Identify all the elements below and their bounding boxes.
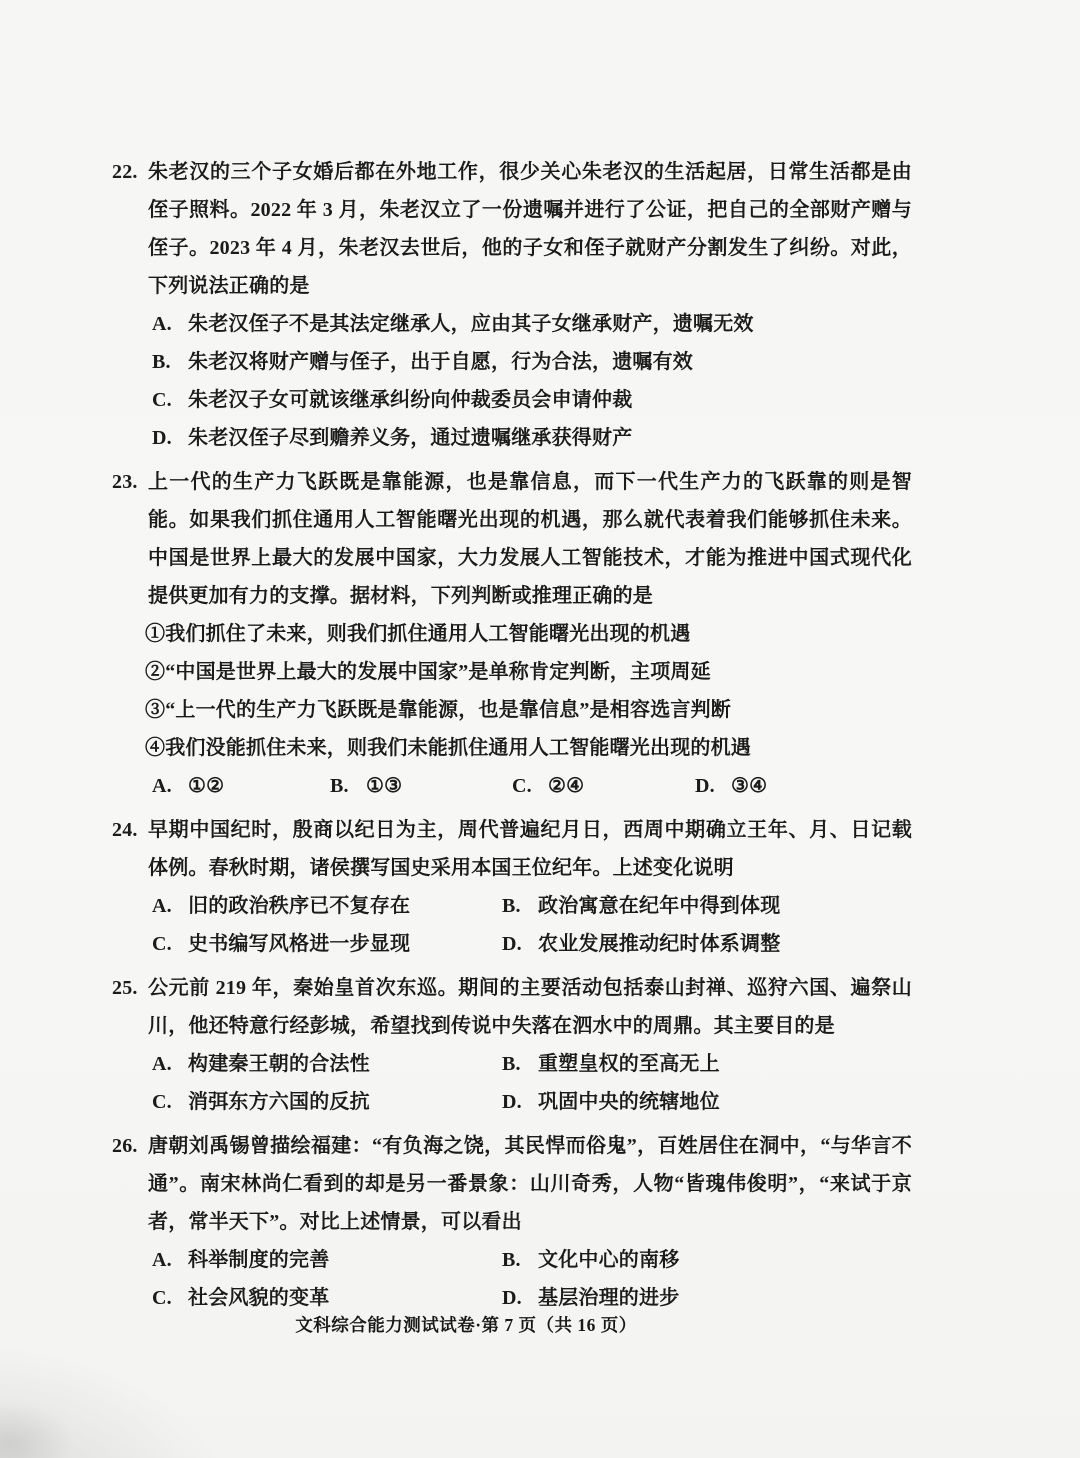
option-text: 朱老汉侄子尽到赡养义务，通过遗嘱继承获得财产 — [188, 419, 912, 457]
question-stem: 公元前 219 年，秦始皇首次东巡。期间的主要活动包括泰山封禅、巡狩六国、遍祭山… — [148, 969, 912, 1045]
option-text: ②④ — [548, 767, 695, 805]
statement-item-2: ②“中国是世界上最大的发展中国家”是单称肯定判断，主项周延 — [145, 653, 912, 691]
question-number: 22. — [112, 153, 148, 191]
option-23-c: C. ②④ — [512, 767, 695, 805]
option-25-c: C. 消弭东方六国的反抗 — [152, 1083, 502, 1121]
option-25-a: A. 构建秦王朝的合法性 — [152, 1045, 502, 1083]
question-23-options: A. ①② B. ①③ C. ②④ D. ③④ — [152, 767, 912, 805]
option-text: ③④ — [731, 767, 912, 805]
question-22-head: 22. 朱老汉的三个子女婚后都在外地工作，很少关心朱老汉的生活起居，日常生活都是… — [112, 153, 912, 305]
option-23-a: A. ①② — [152, 767, 330, 805]
page-footer: 文科综合能力测试试卷·第 7 页（共 16 页） — [295, 1312, 637, 1338]
option-24-a: A. 旧的政治秩序已不复存在 — [152, 887, 502, 925]
question-25-options: A. 构建秦王朝的合法性 B. 重塑皇权的至高无上 C. 消弭东方六国的反抗 D… — [152, 1045, 912, 1121]
question-24-head: 24. 早期中国纪时，殷商以纪日为主，周代普遍纪月日，西周中期确立王年、月、日记… — [112, 811, 912, 887]
option-text: ①③ — [366, 767, 512, 805]
option-25-b: B. 重塑皇权的至高无上 — [502, 1045, 912, 1083]
question-25-head: 25. 公元前 219 年，秦始皇首次东巡。期间的主要活动包括泰山封禅、巡狩六国… — [112, 969, 912, 1045]
question-26: 26. 唐朝刘禹锡曾描绘福建：“有负海之饶，其民悍而俗鬼”，百姓居住在洞中，“与… — [112, 1127, 912, 1317]
option-label: C. — [152, 1083, 188, 1121]
option-label: C. — [152, 925, 188, 963]
option-23-d: D. ③④ — [695, 767, 912, 805]
option-22-a: A. 朱老汉侄子不是其法定继承人，应由其子女继承财产，遗嘱无效 — [152, 305, 912, 343]
option-label: D. — [502, 1083, 538, 1121]
question-26-head: 26. 唐朝刘禹锡曾描绘福建：“有负海之饶，其民悍而俗鬼”，百姓居住在洞中，“与… — [112, 1127, 912, 1241]
option-text: 政治寓意在纪年中得到体现 — [538, 887, 912, 925]
option-text: 构建秦王朝的合法性 — [188, 1045, 502, 1083]
option-label: A. — [152, 1241, 188, 1279]
statement-item-3: ③“上一代的生产力飞跃既是靠能源，也是靠信息”是相容选言判断 — [145, 691, 912, 729]
question-22-options: A. 朱老汉侄子不是其法定继承人，应由其子女继承财产，遗嘱无效 B. 朱老汉将财… — [152, 305, 912, 457]
statement-item-4: ④我们没能抓住未来，则我们未能抓住通用人工智能曙光出现的机遇 — [145, 729, 912, 767]
option-text: 重塑皇权的至高无上 — [538, 1045, 912, 1083]
option-label: B. — [152, 343, 188, 381]
option-text: 朱老汉侄子不是其法定继承人，应由其子女继承财产，遗嘱无效 — [188, 305, 912, 343]
option-23-b: B. ①③ — [330, 767, 512, 805]
option-label: A. — [152, 305, 188, 343]
option-label: B. — [502, 1241, 538, 1279]
option-24-d: D. 农业发展推动纪时体系调整 — [502, 925, 912, 963]
option-text: 农业发展推动纪时体系调整 — [538, 925, 912, 963]
question-stem: 上一代的生产力飞跃既是靠能源，也是靠信息，而下一代生产力的飞跃靠的则是智能。如果… — [148, 463, 912, 615]
option-label: C. — [152, 1279, 188, 1317]
option-label: B. — [502, 1045, 538, 1083]
question-22: 22. 朱老汉的三个子女婚后都在外地工作，很少关心朱老汉的生活起居，日常生活都是… — [112, 153, 912, 457]
option-label: A. — [152, 887, 188, 925]
question-number: 23. — [112, 463, 148, 501]
question-number: 26. — [112, 1127, 148, 1165]
option-24-c: C. 史书编写风格进一步显现 — [152, 925, 502, 963]
question-stem: 早期中国纪时，殷商以纪日为主，周代普遍纪月日，西周中期确立王年、月、日记载体例。… — [148, 811, 912, 887]
option-22-d: D. 朱老汉侄子尽到赡养义务，通过遗嘱继承获得财产 — [152, 419, 912, 457]
question-25: 25. 公元前 219 年，秦始皇首次东巡。期间的主要活动包括泰山封禅、巡狩六国… — [112, 969, 912, 1121]
option-text: ①② — [188, 767, 330, 805]
statement-item-1: ①我们抓住了未来，则我们抓住通用人工智能曙光出现的机遇 — [145, 615, 912, 653]
question-23-statements: ①我们抓住了未来，则我们抓住通用人工智能曙光出现的机遇 ②“中国是世界上最大的发… — [145, 615, 912, 767]
option-24-b: B. 政治寓意在纪年中得到体现 — [502, 887, 912, 925]
option-label: D. — [152, 419, 188, 457]
option-label: A. — [152, 1045, 188, 1083]
exam-content: 22. 朱老汉的三个子女婚后都在外地工作，很少关心朱老汉的生活起居，日常生活都是… — [112, 153, 912, 1317]
question-24: 24. 早期中国纪时，殷商以纪日为主，周代普遍纪月日，西周中期确立王年、月、日记… — [112, 811, 912, 963]
option-text: 朱老汉将财产赠与侄子，出于自愿，行为合法，遗嘱有效 — [188, 343, 912, 381]
question-24-options: A. 旧的政治秩序已不复存在 B. 政治寓意在纪年中得到体现 C. 史书编写风格… — [152, 887, 912, 963]
question-23-head: 23. 上一代的生产力飞跃既是靠能源，也是靠信息，而下一代生产力的飞跃靠的则是智… — [112, 463, 912, 615]
option-text: 朱老汉子女可就该继承纠纷向仲裁委员会申请仲裁 — [188, 381, 912, 419]
option-label: B. — [330, 767, 366, 805]
exam-page: 22. 朱老汉的三个子女婚后都在外地工作，很少关心朱老汉的生活起居，日常生活都是… — [0, 0, 1080, 1458]
option-25-d: D. 巩固中央的统辖地位 — [502, 1083, 912, 1121]
question-stem: 唐朝刘禹锡曾描绘福建：“有负海之饶，其民悍而俗鬼”，百姓居住在洞中，“与华言不通… — [148, 1127, 912, 1241]
option-label: C. — [512, 767, 548, 805]
question-number: 24. — [112, 811, 148, 849]
option-text: 旧的政治秩序已不复存在 — [188, 887, 502, 925]
option-22-c: C. 朱老汉子女可就该继承纠纷向仲裁委员会申请仲裁 — [152, 381, 912, 419]
option-text: 文化中心的南移 — [538, 1241, 912, 1279]
question-26-options: A. 科举制度的完善 B. 文化中心的南移 C. 社会风貌的变革 D. 基层治理… — [152, 1241, 912, 1317]
option-label: A. — [152, 767, 188, 805]
option-label: D. — [695, 767, 731, 805]
option-text: 消弭东方六国的反抗 — [188, 1083, 502, 1121]
option-26-b: B. 文化中心的南移 — [502, 1241, 912, 1279]
option-text: 史书编写风格进一步显现 — [188, 925, 502, 963]
option-text: 巩固中央的统辖地位 — [538, 1083, 912, 1121]
option-text: 科举制度的完善 — [188, 1241, 502, 1279]
option-label: C. — [152, 381, 188, 419]
option-26-a: A. 科举制度的完善 — [152, 1241, 502, 1279]
question-number: 25. — [112, 969, 148, 1007]
question-stem: 朱老汉的三个子女婚后都在外地工作，很少关心朱老汉的生活起居，日常生活都是由侄子照… — [148, 153, 912, 305]
option-22-b: B. 朱老汉将财产赠与侄子，出于自愿，行为合法，遗嘱有效 — [152, 343, 912, 381]
option-label: B. — [502, 887, 538, 925]
option-label: D. — [502, 925, 538, 963]
question-23: 23. 上一代的生产力飞跃既是靠能源，也是靠信息，而下一代生产力的飞跃靠的则是智… — [112, 463, 912, 805]
